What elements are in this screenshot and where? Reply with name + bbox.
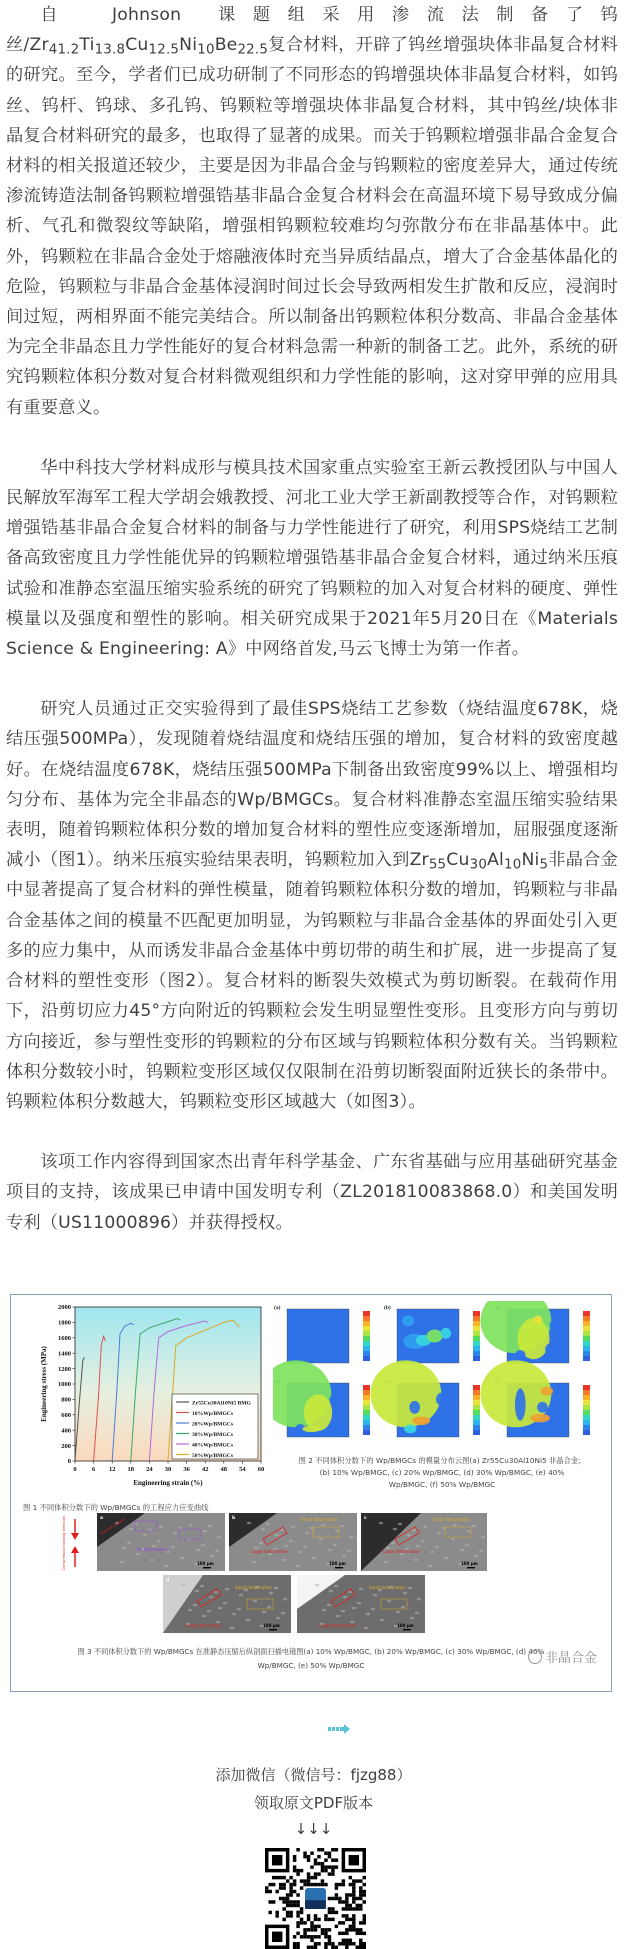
svg-text:Large deformation: Large deformation bbox=[319, 1623, 356, 1628]
svg-text:50%Wp/BMGCs: 50%Wp/BMGCs bbox=[192, 1453, 234, 1459]
svg-text:Large deformation: Large deformation bbox=[251, 1549, 288, 1554]
sem-image-panel: c100 μmSmall deformationLarge deformatio… bbox=[361, 1513, 487, 1571]
svg-text:c: c bbox=[364, 1516, 367, 1521]
svg-text:48: 48 bbox=[221, 1466, 228, 1473]
heatmap-panel: (b) bbox=[384, 1304, 480, 1363]
article-body: 自 Johnson 课题组采用渗流法制备了钨丝/Zr41.2Ti13.8Cu12… bbox=[6, 0, 618, 1238]
paragraph-text: 研究人员通过正交实验得到了最佳SPS烧结工艺参数（烧结温度678K，烧结压强50… bbox=[6, 699, 618, 870]
arrows-down: ↓↓↓ bbox=[0, 1820, 627, 1838]
svg-text:24: 24 bbox=[146, 1466, 153, 1473]
svg-text:1800: 1800 bbox=[58, 1320, 71, 1327]
qr-code[interactable] bbox=[265, 1848, 366, 1949]
watermark-text: 非晶合金 bbox=[545, 1647, 597, 1666]
svg-text:42: 42 bbox=[202, 1466, 209, 1473]
svg-text:18: 18 bbox=[128, 1466, 135, 1473]
modulus-contour-maps: (a)(b)(c)(d)(e)(f) bbox=[273, 1301, 609, 1451]
figure-2-caption: 图 2 不同体积分数下的 Wp/BMGCs 的模量分布云图(a) Zr55Cu3… bbox=[273, 1455, 611, 1491]
paragraph-text: 自 bbox=[40, 5, 75, 25]
svg-text:(a): (a) bbox=[274, 1304, 281, 1311]
svg-text:Large deformation: Large deformation bbox=[185, 1623, 222, 1628]
svg-text:e: e bbox=[300, 1578, 303, 1583]
svg-text:Small deformation: Small deformation bbox=[369, 1585, 406, 1590]
svg-text:100 μm: 100 μm bbox=[263, 1623, 280, 1628]
svg-text:Large deformation: Large deformation bbox=[383, 1549, 420, 1554]
caption-line: 图 3 不同体积分数下的 Wp/BMGCs 在准静态压缩后纵剖面扫描电镜图(a)… bbox=[31, 1645, 591, 1659]
paragraph-funding: 该项工作内容得到国家杰出青年科学基金、广东省基础与应用基础研究基金项目的支持，该… bbox=[6, 1147, 618, 1238]
heatmap-panel: (e) bbox=[370, 1360, 480, 1437]
chemical-formula: Zr55Cu30Al10Ni5 bbox=[410, 850, 549, 870]
svg-text:1200: 1200 bbox=[58, 1366, 71, 1373]
svg-text:0: 0 bbox=[68, 1458, 71, 1465]
svg-text:400: 400 bbox=[61, 1427, 71, 1434]
researcher-name: Johnson bbox=[112, 5, 181, 25]
heatmap-panel: (d) bbox=[273, 1360, 370, 1437]
stress-strain-chart: 0612182430364248546002004006008001000120… bbox=[17, 1299, 267, 1489]
svg-text:30: 30 bbox=[165, 1466, 172, 1473]
sem-image-panel: b100 μmSmall deformationLarge deformatio… bbox=[229, 1513, 357, 1571]
svg-text:800: 800 bbox=[61, 1397, 71, 1404]
svg-text:0: 0 bbox=[73, 1466, 76, 1473]
svg-text:Small deformation: Small deformation bbox=[433, 1517, 470, 1522]
sem-image-panel: a100 μmNo deformationFracture surface bbox=[97, 1513, 225, 1571]
figure-panel: 0612182430364248546002004006008001000120… bbox=[10, 1294, 612, 1692]
sem-image-panel: e100 μmSmall deformationLarge deformatio… bbox=[297, 1575, 425, 1633]
svg-text:100 μm: 100 μm bbox=[461, 1561, 478, 1566]
svg-text:1000: 1000 bbox=[58, 1381, 71, 1388]
caption-line: 图 2 不同体积分数下的 Wp/BMGCs 的模量分布云图(a) Zr55Cu3… bbox=[273, 1455, 611, 1467]
svg-text:1400: 1400 bbox=[58, 1350, 71, 1357]
y-axis-label: Engineering stress (MPa) bbox=[40, 1345, 48, 1421]
svg-text:Small deformation: Small deformation bbox=[301, 1517, 338, 1522]
svg-text:2000: 2000 bbox=[58, 1304, 71, 1311]
svg-text:a: a bbox=[100, 1516, 103, 1521]
svg-text:12: 12 bbox=[109, 1466, 116, 1473]
paragraph-research-team: 华中科技大学材料成形与模具技术国家重点实验室王新云教授团队与中国人民解放军海军工… bbox=[6, 453, 618, 664]
svg-text:No deformation: No deformation bbox=[137, 1547, 169, 1552]
svg-text:30%Wp/BMGCs: 30%Wp/BMGCs bbox=[192, 1432, 234, 1438]
sem-image-panel: d100 μmSmall deformationLarge deformatio… bbox=[163, 1575, 291, 1633]
x-axis-label: Engineering strain (%) bbox=[133, 1479, 203, 1487]
heatmap-panel: (c) bbox=[480, 1301, 590, 1363]
wechat-icon bbox=[528, 1650, 542, 1664]
svg-text:(b): (b) bbox=[384, 1304, 391, 1311]
figure-1-caption: 图 1 不同体积分数下的 Wp/BMGCs 的工程应力应变曲线 bbox=[23, 1503, 273, 1513]
caption-line: (b) 10% Wp/BMGC, (c) 20% Wp/BMGC, (d) 30… bbox=[273, 1467, 611, 1479]
heatmap-panel: (a) bbox=[274, 1304, 370, 1363]
svg-text:6: 6 bbox=[92, 1466, 96, 1473]
svg-text:20%Wp/BMGCs: 20%Wp/BMGCs bbox=[192, 1421, 234, 1427]
svg-text:10%Wp/BMGCs: 10%Wp/BMGCs bbox=[192, 1411, 234, 1417]
figure-3-caption: 图 3 不同体积分数下的 Wp/BMGCs 在准静态压缩后纵剖面扫描电镜图(a)… bbox=[31, 1645, 591, 1673]
svg-text:Zr55Cu30Al10Ni5 BMG: Zr55Cu30Al10Ni5 BMG bbox=[192, 1400, 252, 1406]
source-watermark: 非晶合金 bbox=[528, 1647, 597, 1666]
svg-text:Compression loading direction: Compression loading direction bbox=[62, 1516, 66, 1571]
svg-text:40%Wp/BMGCs: 40%Wp/BMGCs bbox=[192, 1442, 234, 1448]
arrow-right-icon bbox=[328, 1724, 352, 1734]
sem-images: Compression loading directiona100 μmNo d… bbox=[57, 1513, 487, 1633]
caption-line: Wp/BMGC, (f) 50% Wp/BMGC bbox=[273, 1479, 611, 1491]
svg-text:100 μm: 100 μm bbox=[197, 1561, 214, 1566]
svg-text:36: 36 bbox=[183, 1466, 190, 1473]
svg-text:100 μm: 100 μm bbox=[397, 1623, 414, 1628]
pdf-offer-line: 领取原文PDF版本 bbox=[0, 1792, 627, 1813]
paragraph-results: 研究人员通过正交实验得到了最佳SPS烧结工艺参数（烧结温度678K，烧结压强50… bbox=[6, 694, 618, 1117]
svg-text:1600: 1600 bbox=[58, 1335, 71, 1342]
paragraph-intro: 自 Johnson 课题组采用渗流法制备了钨丝/Zr41.2Ti13.8Cu12… bbox=[6, 0, 618, 423]
caption-line: Wp/BMGC, (e) 50% Wp/BMGC bbox=[31, 1659, 591, 1673]
svg-text:600: 600 bbox=[61, 1412, 71, 1419]
svg-text:54: 54 bbox=[239, 1466, 246, 1473]
svg-text:Small deformation: Small deformation bbox=[235, 1585, 272, 1590]
svg-text:100 μm: 100 μm bbox=[329, 1561, 346, 1566]
svg-text:d: d bbox=[166, 1577, 169, 1583]
svg-text:60: 60 bbox=[258, 1466, 265, 1473]
heatmap-panel: (f) bbox=[480, 1360, 590, 1437]
paragraph-text: 非晶合金中显著提高了复合材料的弹性模量，随着钨颗粒体积分数的增加，钨颗粒与非晶合… bbox=[6, 850, 618, 1112]
wechat-id-line: 添加微信（微信号：fjzg88） bbox=[0, 1764, 627, 1785]
paragraph-text: 复合材料，开辟了钨丝增强块体非晶复合材料的研究。至今，学者们已成功研制了不同形态… bbox=[6, 35, 618, 417]
svg-text:200: 200 bbox=[61, 1443, 71, 1450]
chemical-formula: Zr41.2Ti13.8Cu12.5Ni10Be22.5 bbox=[30, 35, 269, 55]
